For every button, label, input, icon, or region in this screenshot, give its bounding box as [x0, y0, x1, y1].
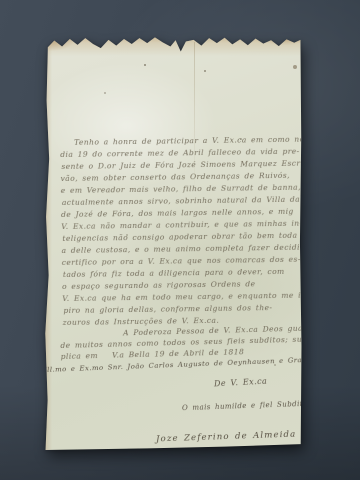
subscription-line: O mais humilde e fiel Subdito — [182, 400, 308, 412]
letter-line-start: plica em — [61, 351, 99, 361]
signature: Joze Zeferino de Almeida — [156, 430, 297, 445]
manuscript-paper: Tenho a honra de participar a V. Ex.ca e… — [44, 34, 302, 450]
foxing-specks — [144, 64, 146, 66]
valediction: De V. Ex.ca — [214, 377, 268, 389]
letter-body: Tenho a honra de participar a V. Ex.ca e… — [60, 133, 323, 329]
photo-backdrop: Tenho a honra de participar a V. Ex.ca e… — [0, 0, 360, 480]
paper-sheet: Tenho a honra de participar a V. Ex.ca e… — [44, 34, 302, 450]
